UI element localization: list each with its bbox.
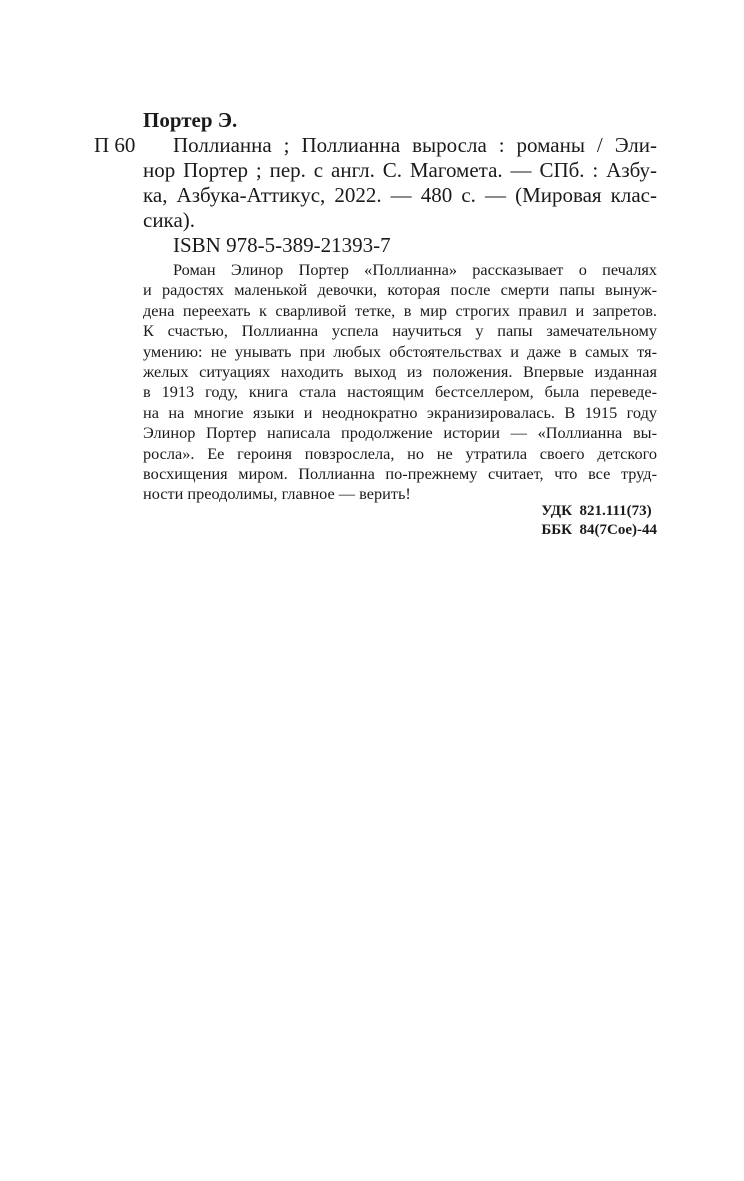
- annotation-line: в 1913 году, книга стала настоящим бестс…: [143, 382, 657, 402]
- annotation: Роман Элинор Портер «Поллианна» рассказы…: [143, 260, 657, 505]
- biblio-line: сика).: [143, 208, 657, 233]
- annotation-line: дена переехать к сварливой тетке, в мир …: [143, 301, 657, 321]
- bibliographic-description: Поллианна ; Поллианна выросла : романы /…: [143, 133, 657, 233]
- annotation-line: К счастью, Поллианна успела научиться у …: [143, 321, 657, 341]
- annotation-line: Элинор Портер написала продолжение истор…: [143, 423, 657, 443]
- annotation-line: и радостях маленькой девочки, которая по…: [143, 280, 657, 300]
- author-code: П 60: [94, 133, 135, 158]
- annotation-line: на на многие языки и неоднократно экрани…: [143, 403, 657, 423]
- annotation-line: желых ситуациях находить выход из положе…: [143, 362, 657, 382]
- isbn: ISBN 978-5-389-21393-7: [173, 233, 391, 258]
- annotation-line: умению: не унывать при любых обстоятельс…: [143, 342, 657, 362]
- catalog-record-page: Портер Э. П 60 Поллианна ; Поллианна выр…: [0, 0, 744, 1181]
- udk-code: УДК 821.111(73): [541, 502, 657, 521]
- biblio-line: нор Портер ; пер. с англ. С. Магомета. —…: [143, 158, 657, 183]
- biblio-line: Поллианна ; Поллианна выросла : романы /…: [143, 133, 657, 158]
- bbk-code: ББК 84(7Сое)-44: [541, 521, 657, 540]
- classification-codes: УДК 821.111(73) ББК 84(7Сое)-44: [541, 502, 657, 540]
- biblio-line: ка, Азбука-Аттикус, 2022. — 480 с. — (Ми…: [143, 183, 657, 208]
- annotation-line: восхищения миром. Поллианна по-прежнему …: [143, 464, 657, 484]
- author-heading: Портер Э.: [143, 108, 237, 133]
- annotation-line: росла». Ее героиня повзрослела, но не ут…: [143, 444, 657, 464]
- annotation-line: Роман Элинор Портер «Поллианна» рассказы…: [143, 260, 657, 280]
